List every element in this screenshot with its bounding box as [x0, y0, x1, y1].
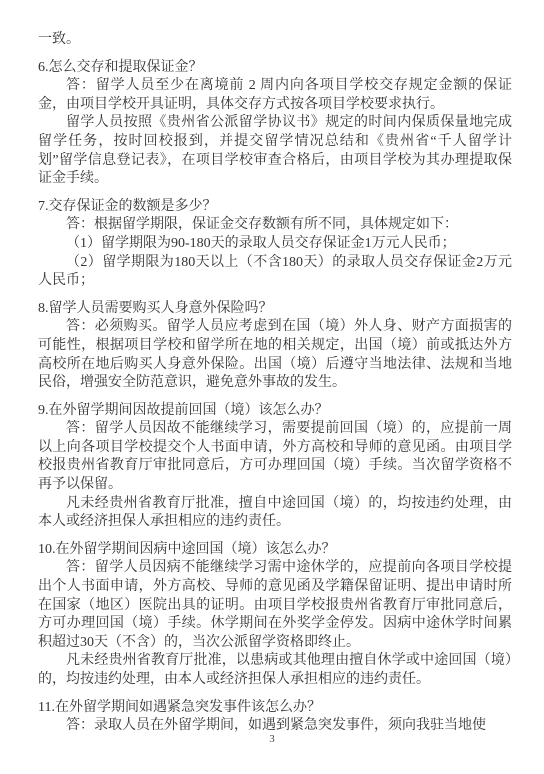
question-heading: 7.交存保证金的数额是多少？	[38, 198, 512, 217]
page-number: 3	[0, 733, 544, 746]
faq-section-11: 11.在外留学期间如遇紧急突发事件该怎么办？ 答：录取人员在外留学期间，如遇到紧…	[38, 699, 512, 736]
question-heading: 9.在外留学期间因故提前回国（境）该怎么办？	[38, 402, 512, 421]
answer-paragraph: 答：留学人员因病不能继续学习需中途休学的，应提前向各项目学校提出个人书面申请，外…	[38, 559, 512, 652]
answer-paragraph: 凡未经贵州省教育厅批准，擅自中途回国（境）的，均按违约处理，由本人或经济担保人承…	[38, 495, 512, 532]
content-area: 一致。 6.怎么交存和提取保证金？ 答：留学人员至少在离境前 2 周内向各项目学…	[38, 31, 512, 736]
question-heading: 8.留学人员需要购买人身意外保险吗？	[38, 300, 512, 319]
document-page: 一致。 6.怎么交存和提取保证金？ 答：留学人员至少在离境前 2 周内向各项目学…	[0, 0, 544, 774]
answer-list-item: （2）留学期限为180天以上（不含180天）的录取人员交存保证金2万元人民币；	[38, 254, 512, 291]
faq-section-7: 7.交存保证金的数额是多少？ 答：根据留学期限，保证金交存数额有所不同，具体规定…	[38, 198, 512, 291]
answer-paragraph: 留学人员按照《贵州省公派留学协议书》规定的时间内保质保量地完成留学任务，按时回校…	[38, 114, 512, 188]
question-heading: 11.在外留学期间如遇紧急突发事件该怎么办？	[38, 699, 512, 718]
faq-section-6: 6.怎么交存和提取保证金？ 答：留学人员至少在离境前 2 周内向各项目学校交存规…	[38, 59, 512, 189]
continuation-text: 一致。	[38, 31, 512, 50]
answer-paragraph: 凡未经贵州省教育厅批准，以患病或其他理由擅自休学或中途回国（境）的，均按违约处理…	[38, 652, 512, 689]
answer-paragraph: 答：必须购买。留学人员应考虑到在国（境）外人身、财产方面损害的可能性，根据项目学…	[38, 318, 512, 392]
answer-list-item: （1）留学期限为90-180天的录取人员交存保证金1万元人民币；	[38, 235, 512, 254]
faq-section-10: 10.在外留学期间因病中途回国（境）该怎么办？ 答：留学人员因病不能继续学习需中…	[38, 541, 512, 690]
answer-paragraph: 答：留学人员因故不能继续学习，需要提前回国（境）的，应提前一周以上向各项目学校提…	[38, 420, 512, 494]
question-heading: 10.在外留学期间因病中途回国（境）该怎么办？	[38, 541, 512, 560]
answer-paragraph: 答：留学人员至少在离境前 2 周内向各项目学校交存规定金额的保证金，由项目学校开…	[38, 77, 512, 114]
question-heading: 6.怎么交存和提取保证金？	[38, 59, 512, 78]
answer-paragraph: 答：根据留学期限，保证金交存数额有所不同，具体规定如下：	[38, 216, 512, 235]
faq-section-9: 9.在外留学期间因故提前回国（境）该怎么办？ 答：留学人员因故不能继续学习，需要…	[38, 402, 512, 532]
faq-section-8: 8.留学人员需要购买人身意外保险吗？ 答：必须购买。留学人员应考虑到在国（境）外…	[38, 300, 512, 393]
